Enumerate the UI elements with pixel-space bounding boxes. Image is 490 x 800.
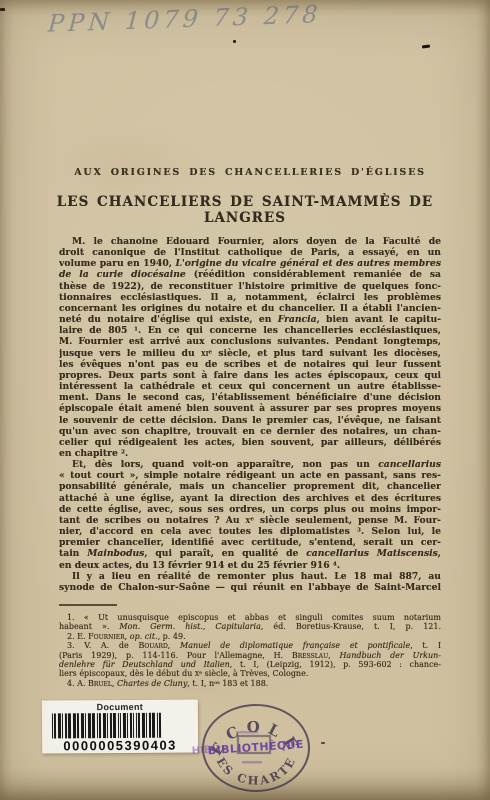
paragraph: 2. E. Fournier, op. cit., p. 49. (59, 632, 441, 641)
ink-speck (0, 8, 5, 11)
text-line: le souvenir de cette décision. Dans le p… (59, 415, 441, 426)
text-line: 1. « Ut unusquisque episcopus et abbas e… (59, 613, 441, 622)
footnote-separator (59, 604, 117, 606)
text-line: attaché à une église, ayant la direction… (59, 493, 441, 504)
text-line: Et, dès lors, quand voit-on apparaître, … (59, 459, 441, 470)
barcode-label: Document 0000005390403 (42, 699, 198, 753)
stamp-overlay-fragment: HIB (191, 745, 211, 757)
text-line: ponsabilité générale, mais un chancelier… (59, 481, 441, 492)
text-line: (Paris 1929), p. 114-116. Pour l'Allemag… (59, 651, 441, 660)
text-line: tant de scribes ou notaires ? Au xe sièc… (59, 515, 441, 526)
text-line: 2. E. Fournier, op. cit., p. 49. (59, 632, 441, 641)
text-line: en deux actes, du 13 février 914 et du 2… (59, 560, 441, 571)
paragraph: 4. A. Bruel, Chartes de Cluny, t. I, nos… (59, 679, 441, 688)
text-line: 3. V. A. de Bouard, Manuel de diplomatiq… (59, 641, 441, 650)
barcode (52, 713, 188, 739)
text-line: droit canonique de l'Institut catholique… (59, 247, 441, 258)
text-line: qu'un avec son chapitre, trouvait en ce … (59, 426, 441, 437)
text-line: liers épiscopaux, dès le début du xe siè… (59, 669, 441, 678)
article-body: M. le chanoine Edouard Fournier, alors d… (59, 236, 441, 593)
text-line: intéressent la cathédrale et ceux qui co… (59, 381, 441, 392)
text-line: premier chancelier, identifié avec certi… (59, 537, 441, 548)
text-line: en chapitre 2. (59, 448, 441, 459)
footnotes: 1. « Ut unusquisque episcopus et abbas e… (59, 613, 441, 688)
text-line: volume paru en 1940, L'origine du vicair… (59, 258, 441, 269)
paragraph: Il y a lieu en réalité de remonter plus … (59, 571, 441, 593)
scanned-page: PPN 1079 73 278 AUX ORIGINES DES CHANCEL… (0, 0, 490, 800)
text-line: tionnaires ecclésiastiques. Il a, notamm… (59, 292, 441, 303)
text-line: M. Fournier est arrivé aux conclusions s… (59, 336, 441, 347)
text-line: concernant les origines du notaire et du… (59, 303, 441, 314)
text-line: « tout court », simple notaire rédigeant… (59, 470, 441, 481)
text-line: synode de Chalon-sur-Saône — qui réunit … (59, 582, 441, 593)
barcode-label-title: Document (42, 701, 198, 712)
text-line: denlehre für Deutschland und Italien, t.… (59, 660, 441, 669)
text-line: neté du notaire d'église qui existe, en … (59, 314, 441, 325)
ink-speck (422, 44, 430, 48)
article-title: LES CHANCELIERS DE SAINT-MAMMÈS DE LANGR… (39, 194, 451, 226)
text-line: ment. Dans le second cas, l'établissemen… (59, 392, 441, 403)
paragraph: M. le chanoine Edouard Fournier, alors d… (59, 236, 441, 459)
text-line: de cette église, avec, sous ses ordres, … (59, 504, 441, 515)
purple-smudge (242, 761, 262, 764)
purple-smudge (236, 731, 258, 734)
paragraph: Et, dès lors, quand voit-on apparaître, … (59, 459, 441, 571)
text-line: de la curie diocésaine (réédition consid… (59, 269, 441, 280)
text-line: épiscopale était amené bien souvent à as… (59, 403, 441, 414)
text-line: habeant ». Mon. Germ. hist., Capitularia… (59, 622, 441, 631)
text-line: M. le chanoine Edouard Fournier, alors d… (59, 236, 441, 247)
text-line: tain Mainbodus, qui paraît, en qualité d… (59, 548, 441, 559)
text-line: les évêques n'ont pas eu de scribes et d… (59, 359, 441, 370)
library-stamp: ECOLE DES CHARTES BIBLIOTHÈQUE HIB (190, 702, 322, 800)
paragraph: 1. « Ut unusquisque episcopus et abbas e… (59, 613, 441, 632)
paragraph: 3. V. A. de Bouard, Manuel de diplomatiq… (59, 641, 441, 679)
text-line: thèse de 1922), de reconstituer l'histoi… (59, 281, 441, 292)
text-line: laire de 805 1. En ce qui concerne les c… (59, 325, 441, 336)
text-line: propres. Deux parts sont à faire dans le… (59, 370, 441, 381)
barcode-number: 0000005390403 (42, 737, 198, 753)
handwritten-ppn-number: PPN 1079 73 278 (47, 0, 322, 38)
ink-speck (233, 40, 236, 43)
text-line: celier qui rédigeaient les actes, bien s… (59, 437, 441, 448)
text-line: nier, d'accord en cela avec toutes les d… (59, 526, 441, 537)
text-line: jusque vers le milieu du xie siècle, et … (59, 348, 441, 359)
series-heading: AUX ORIGINES DES CHANCELLERIES D'ÉGLISES (59, 167, 441, 178)
text-line: 4. A. Bruel, Chartes de Cluny, t. I, nos… (59, 679, 441, 688)
text-line: Il y a lieu en réalité de remonter plus … (59, 571, 441, 582)
